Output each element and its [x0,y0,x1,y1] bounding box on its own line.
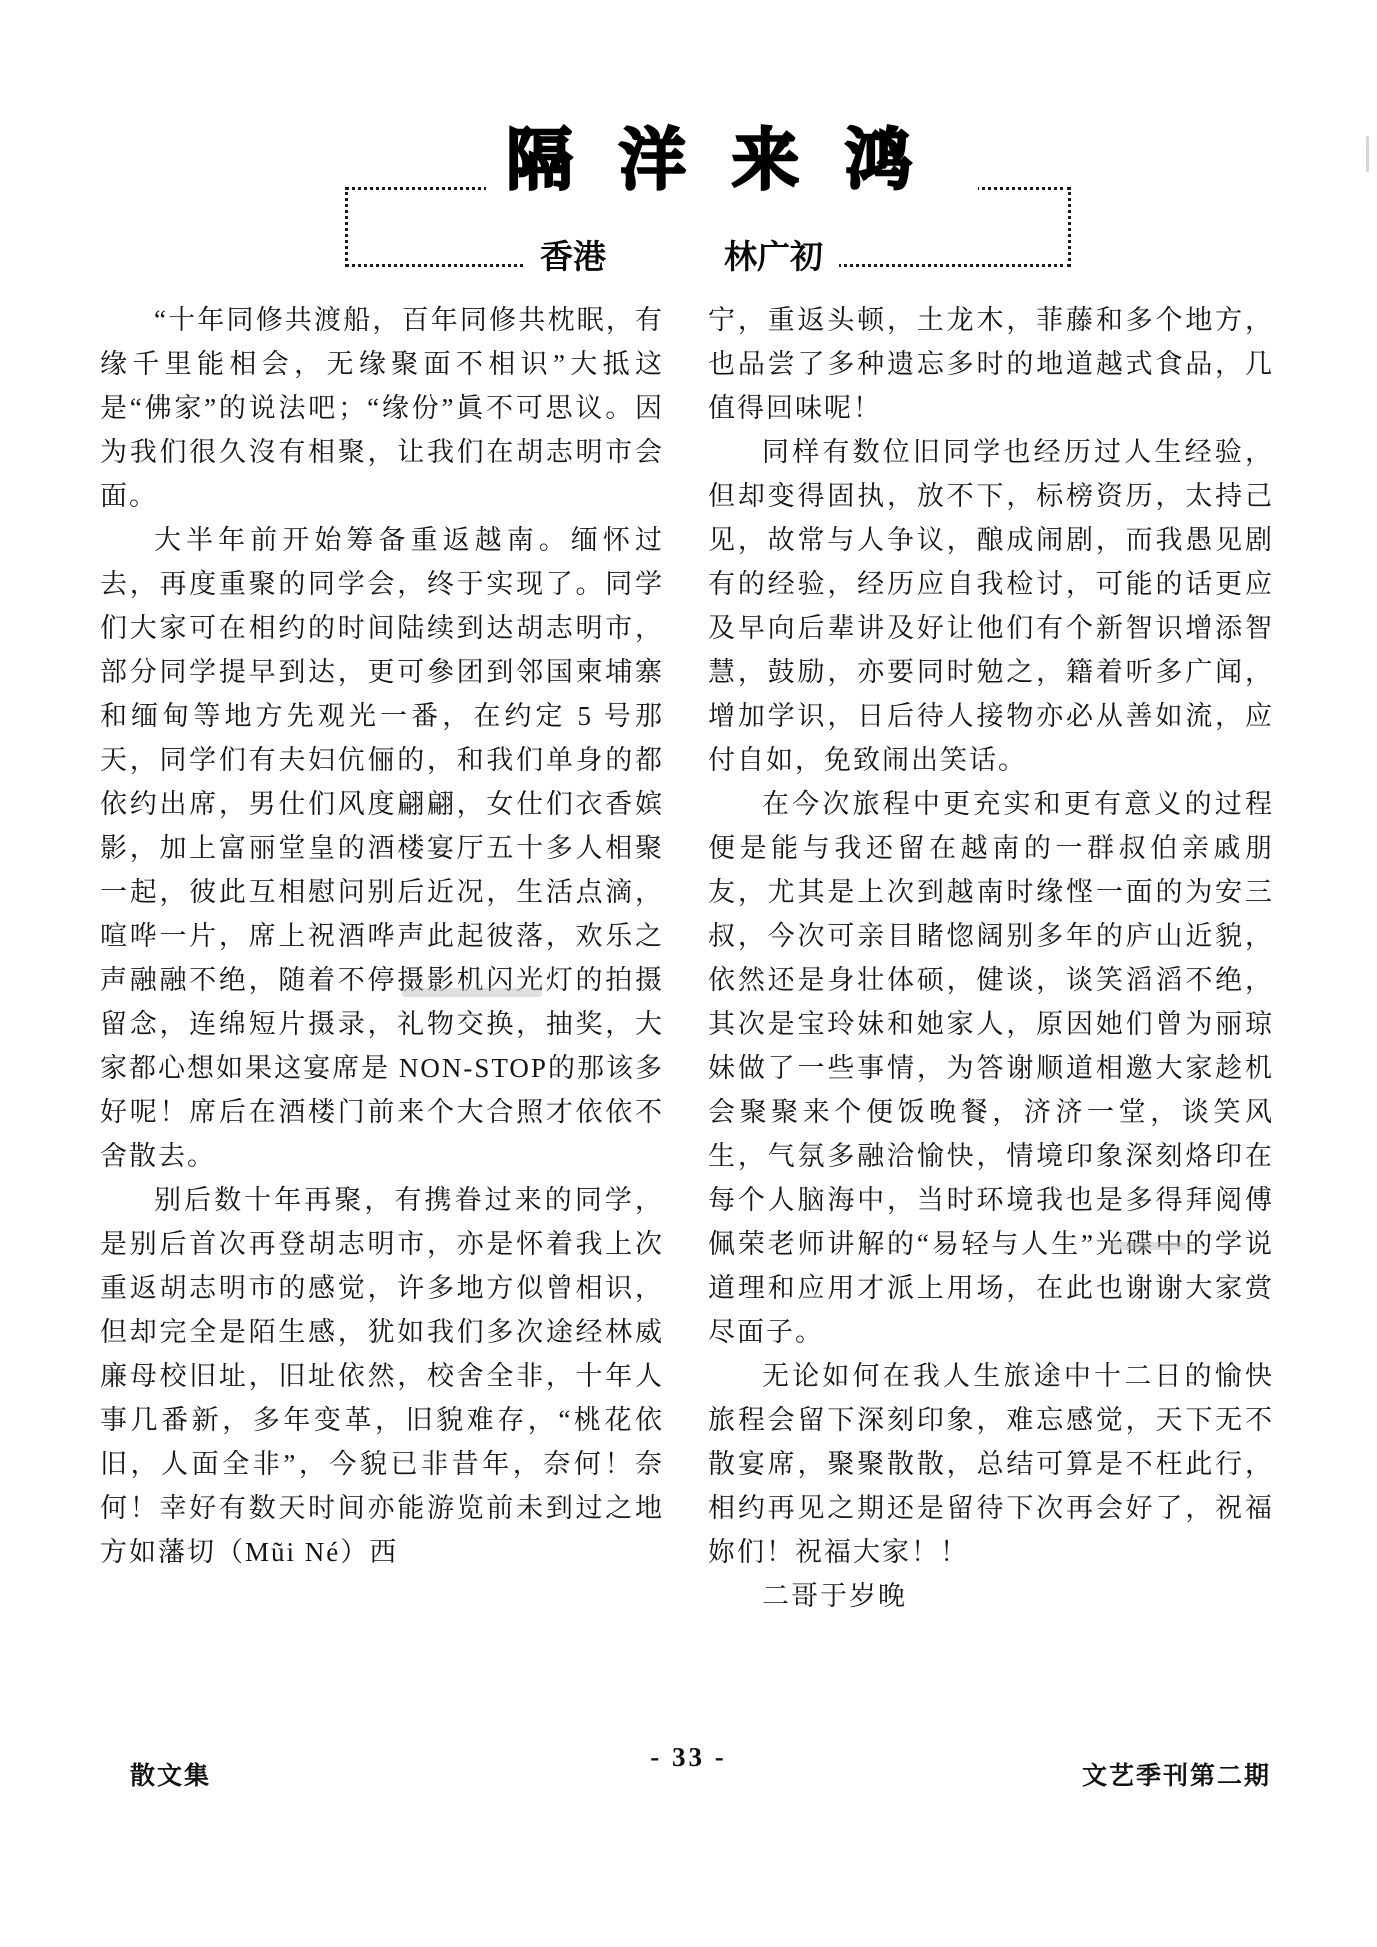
paragraph: 无论如何在我人生旅途中十二日的愉快旅程会留下深刻印象，难忘感觉，天下无不散宴席，… [708,1354,1274,1574]
paragraph: 大半年前开始筹备重返越南。缅怀过去，再度重聚的同学会，终于实现了。同学们大家可在… [100,518,664,1178]
text-column-left: “十年同修共渡船，百年同修共枕眠，有缘千里能相会，无缘聚面不相识”大抵这是“佛家… [100,298,664,1574]
byline-place: 香港 [540,240,606,276]
paragraph: 在今次旅程中更充实和更有意义的过程便是能与我还留在越南的一群叔伯亲戚朋友，尤其是… [708,782,1274,1354]
byline: 香港林广初 [524,235,839,281]
magazine-page: 隔洋来鸿 香港林广初 “十年同修共渡船，百年同修共枕眠，有缘千里能相会，无缘聚面… [0,0,1377,1947]
scan-smudge [1366,136,1369,172]
paragraph-continuation: 宁，重返头顿，土龙木，菲藤和多个地方，也品尝了多种遗忘多时的地道越式食品，几值得… [708,298,1274,430]
paragraph: 同样有数位旧同学也经历过人生经验，但却变得固执，放不下，标榜资历，太持己见，故常… [708,430,1274,782]
scan-smudge [1106,1242,1186,1250]
page-title: 隔洋来鸿 [486,118,978,202]
signature-line: 二哥于岁晚 [708,1574,1274,1618]
text-column-right: 宁，重返头顿，土龙木，菲藤和多个地方，也品尝了多种遗忘多时的地道越式食品，几值得… [708,298,1274,1618]
scan-smudge [402,988,542,997]
footer-journal-label: 文艺季刊第二期 [1082,1756,1271,1792]
paragraph: 别后数十年再聚，有携眷过来的同学，是别后首次再登胡志明市，亦是怀着我上次重返胡志… [100,1178,664,1574]
byline-author: 林广初 [724,240,823,276]
paragraph: “十年同修共渡船，百年同修共枕眠，有缘千里能相会，无缘聚面不相识”大抵这是“佛家… [100,298,664,518]
